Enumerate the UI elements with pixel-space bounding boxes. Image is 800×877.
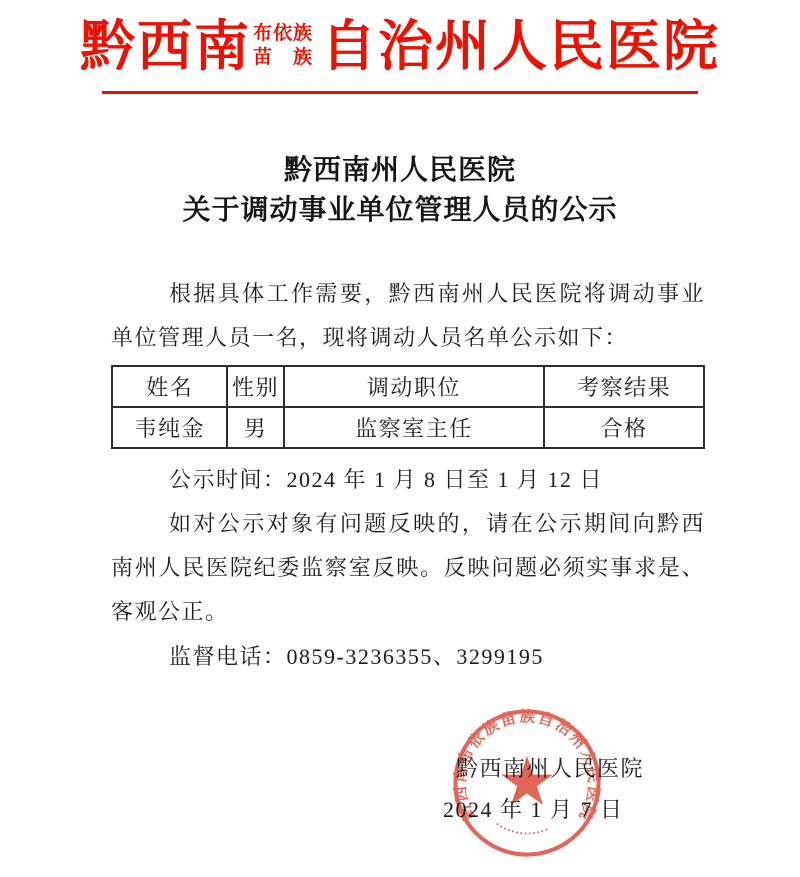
seal-ring	[455, 711, 598, 854]
document-page: 黔西南 布依族 苗 族 自治州人民医院 黔西南州人民医院 关于调动事业单位管理人…	[0, 0, 800, 877]
supervision-phone: 监督电话：0859-3236355、3299195	[111, 635, 705, 679]
document-title-line2: 关于调动事业单位管理人员的公示	[0, 190, 800, 230]
document-title-line1: 黔西南州人民医院	[0, 150, 800, 190]
table-cell-name: 韦纯金	[112, 407, 227, 448]
letterhead-ethnic-line2: 苗 族	[253, 46, 313, 70]
letterhead-ethnic-stack: 布依族 苗 族	[253, 22, 313, 70]
official-seal: 黔西南布依族苗族自治州人民医院 •••••••••••••	[450, 706, 604, 860]
letterhead-ethnic-line1: 布依族	[253, 22, 313, 46]
table-header-post: 调动职位	[284, 366, 544, 407]
document-body: 根据具体工作需要，黔西南州人民医院将调动事业单位管理人员一名，现将调动人员名单公…	[111, 272, 705, 679]
table-cell-gender: 男	[227, 407, 283, 448]
signature-area: 黔西南州人民医院 2024 年 1 月 7 日 黔西南布依族苗族自治州人民医院 …	[0, 698, 800, 877]
table-header-name: 姓名	[112, 366, 227, 407]
intro-paragraph: 根据具体工作需要，黔西南州人民医院将调动事业单位管理人员一名，现将调动人员名单公…	[111, 272, 705, 360]
publicity-time: 公示时间：2024 年 1 月 8 日至 1 月 12 日	[111, 458, 705, 502]
table-header-result: 考察结果	[544, 366, 704, 407]
table-header-row: 姓名 性别 调动职位 考察结果	[112, 366, 704, 407]
signature-org: 黔西南州人民医院	[456, 752, 644, 783]
document-title: 黔西南州人民医院 关于调动事业单位管理人员的公示	[0, 150, 800, 230]
table-header-gender: 性别	[227, 366, 283, 407]
letterhead-name-left: 黔西南	[80, 14, 251, 77]
letterhead-divider	[102, 91, 698, 94]
personnel-table: 姓名 性别 调动职位 考察结果 韦纯金 男 监察室主任 合格	[111, 365, 705, 449]
letterhead-name-right: 自治州人民医院	[321, 14, 720, 77]
table-row: 韦纯金 男 监察室主任 合格	[112, 407, 704, 448]
feedback-paragraph: 如对公示对象有问题反映的，请在公示期间向黔西南州人民医院纪委监察室反映。反映问题…	[111, 502, 705, 634]
letterhead: 黔西南 布依族 苗 族 自治州人民医院	[0, 0, 800, 77]
table-cell-post: 监察室主任	[284, 407, 544, 448]
table-cell-result: 合格	[544, 407, 704, 448]
signature-date: 2024 年 1 月 7 日	[443, 793, 624, 824]
